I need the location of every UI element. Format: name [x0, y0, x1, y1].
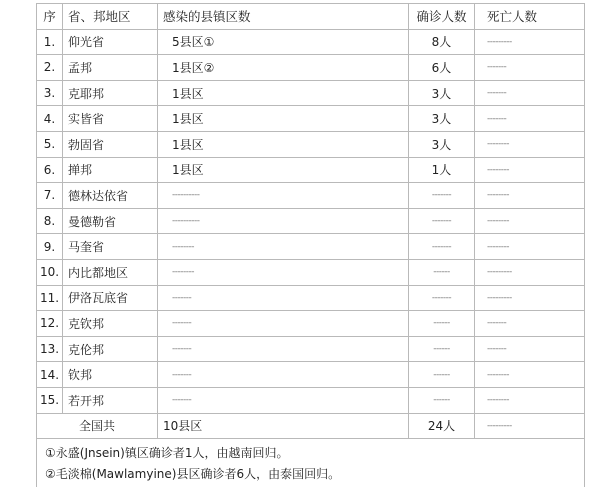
header-deaths: 死亡人数 [475, 4, 585, 30]
table-row: 3.克耶邦1县区3人------- [37, 80, 585, 106]
row-deaths: -------- [475, 234, 585, 260]
row-number: 12. [37, 311, 63, 337]
header-no: 序 [37, 4, 63, 30]
total-deaths: --------- [475, 413, 585, 439]
row-confirmed: ------ [409, 259, 475, 285]
row-deaths: -------- [475, 362, 585, 388]
table-header-row: 序 省、邦地区 感染的县镇区数 确诊人数 死亡人数 [37, 4, 585, 30]
row-districts: ------- [158, 285, 409, 311]
footnote-1: ①永盛(Jnsein)镇区确诊者1人，由越南回归。 [45, 443, 576, 464]
row-confirmed: 3人 [409, 131, 475, 157]
row-number: 15. [37, 387, 63, 413]
total-confirmed: 24人 [409, 413, 475, 439]
header-districts: 感染的县镇区数 [158, 4, 409, 30]
row-number: 13. [37, 336, 63, 362]
table-row: 12.克钦邦-------------------- [37, 311, 585, 337]
row-confirmed: ------ [409, 362, 475, 388]
row-districts: 1县区 [158, 80, 409, 106]
row-region: 克伦邦 [63, 336, 158, 362]
row-deaths: -------- [475, 157, 585, 183]
table-row: 13.克伦邦-------------------- [37, 336, 585, 362]
row-deaths: -------- [475, 208, 585, 234]
row-region: 仰光省 [63, 29, 158, 55]
row-number: 1. [37, 29, 63, 55]
row-region: 克钦邦 [63, 311, 158, 337]
row-region: 孟邦 [63, 55, 158, 81]
row-deaths: ------- [475, 336, 585, 362]
row-confirmed: ------- [409, 285, 475, 311]
row-deaths: ------- [475, 80, 585, 106]
table-row: 6.掸邦1县区1人-------- [37, 157, 585, 183]
table-row: 7.德林达依省------------------------- [37, 183, 585, 209]
row-region: 实皆省 [63, 106, 158, 132]
row-number: 3. [37, 80, 63, 106]
row-districts: ------- [158, 311, 409, 337]
row-region: 内比都地区 [63, 259, 158, 285]
row-confirmed: 3人 [409, 80, 475, 106]
header-region: 省、邦地区 [63, 4, 158, 30]
row-confirmed: ------ [409, 311, 475, 337]
row-region: 若开邦 [63, 387, 158, 413]
row-region: 德林达依省 [63, 183, 158, 209]
notes-row: ①永盛(Jnsein)镇区确诊者1人，由越南回归。 ②毛淡棉(Mawlamyin… [37, 439, 585, 487]
row-confirmed: 6人 [409, 55, 475, 81]
table-row: 9.马奎省----------------------- [37, 234, 585, 260]
row-number: 6. [37, 157, 63, 183]
row-number: 11. [37, 285, 63, 311]
table-row: 15.若开邦--------------------- [37, 387, 585, 413]
total-districts: 10县区 [158, 413, 409, 439]
row-confirmed: ------- [409, 183, 475, 209]
row-districts: ---------- [158, 208, 409, 234]
row-districts: -------- [158, 259, 409, 285]
table-row: 4.实皆省1县区3人------- [37, 106, 585, 132]
header-confirmed: 确诊人数 [409, 4, 475, 30]
row-deaths: ------- [475, 55, 585, 81]
table-row: 2.孟邦1县区②6人------- [37, 55, 585, 81]
row-districts: 5县区① [158, 29, 409, 55]
covid-cases-table: 序 省、邦地区 感染的县镇区数 确诊人数 死亡人数 1.仰光省5县区①8人---… [36, 3, 585, 487]
row-number: 8. [37, 208, 63, 234]
row-confirmed: ------ [409, 336, 475, 362]
row-confirmed: ------ [409, 387, 475, 413]
footnote-2: ②毛淡棉(Mawlamyine)县区确诊者6人，由泰国回归。 [45, 464, 576, 485]
total-row: 全国共 10县区 24人 --------- [37, 413, 585, 439]
row-confirmed: 3人 [409, 106, 475, 132]
row-number: 5. [37, 131, 63, 157]
row-deaths: --------- [475, 259, 585, 285]
row-districts: 1县区 [158, 106, 409, 132]
row-deaths: ------- [475, 106, 585, 132]
row-number: 4. [37, 106, 63, 132]
row-confirmed: 8人 [409, 29, 475, 55]
row-districts: 1县区 [158, 131, 409, 157]
row-districts: -------- [158, 234, 409, 260]
row-number: 9. [37, 234, 63, 260]
row-region: 钦邦 [63, 362, 158, 388]
table-row: 1.仰光省5县区①8人--------- [37, 29, 585, 55]
row-region: 掸邦 [63, 157, 158, 183]
total-label: 全国共 [37, 413, 158, 439]
row-region: 马奎省 [63, 234, 158, 260]
row-deaths: -------- [475, 131, 585, 157]
row-region: 勃固省 [63, 131, 158, 157]
row-deaths: --------- [475, 29, 585, 55]
row-confirmed: 1人 [409, 157, 475, 183]
footnotes: ①永盛(Jnsein)镇区确诊者1人，由越南回归。 ②毛淡棉(Mawlamyin… [37, 439, 585, 487]
row-districts: 1县区② [158, 55, 409, 81]
row-deaths: --------- [475, 285, 585, 311]
row-districts: 1县区 [158, 157, 409, 183]
row-region: 曼德勒省 [63, 208, 158, 234]
row-deaths: ------- [475, 311, 585, 337]
row-confirmed: ------- [409, 234, 475, 260]
row-region: 伊洛瓦底省 [63, 285, 158, 311]
row-districts: ------- [158, 336, 409, 362]
table-row: 14.钦邦--------------------- [37, 362, 585, 388]
row-number: 14. [37, 362, 63, 388]
row-districts: ---------- [158, 183, 409, 209]
row-number: 2. [37, 55, 63, 81]
table-row: 5.勃固省1县区3人-------- [37, 131, 585, 157]
row-deaths: -------- [475, 387, 585, 413]
table-row: 10.内比都地区----------------------- [37, 259, 585, 285]
row-number: 7. [37, 183, 63, 209]
row-confirmed: ------- [409, 208, 475, 234]
table-row: 8.曼德勒省------------------------- [37, 208, 585, 234]
row-number: 10. [37, 259, 63, 285]
row-region: 克耶邦 [63, 80, 158, 106]
table-row: 11.伊洛瓦底省----------------------- [37, 285, 585, 311]
row-deaths: -------- [475, 183, 585, 209]
row-districts: ------- [158, 387, 409, 413]
row-districts: ------- [158, 362, 409, 388]
